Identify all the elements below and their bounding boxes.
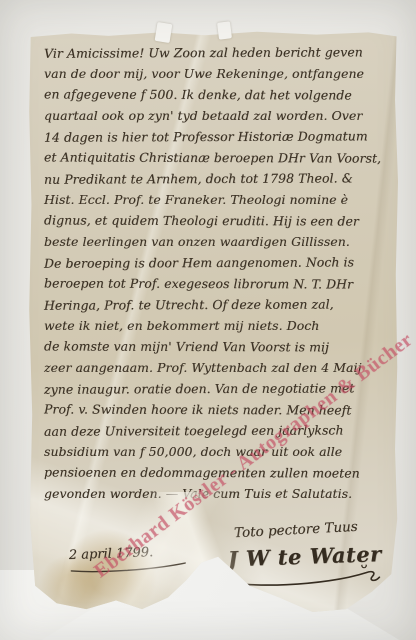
- letter-line: Heringa, Prof. te Utrecht. Of deze komen…: [44, 293, 380, 315]
- signature: J W te Water: [227, 541, 382, 571]
- letter-line: beste leerlingen van onzen waardigen Gil…: [44, 231, 380, 252]
- letter-line: beroepen tot Prof. exegeseos librorum N.…: [44, 272, 380, 294]
- letter-line: nu Predikant te Arnhem, doch tot 1798 Th…: [44, 167, 380, 189]
- letter-line: dignus, et quidem Theologi eruditi. Hij …: [44, 209, 380, 231]
- letter-line: Prof. v. Swinden hoore ik niets nader. M…: [44, 398, 380, 420]
- letter-body: Vir Amicissime! Uw Zoon zal heden berich…: [27, 30, 398, 612]
- letter-line: De beroeping is door Hem aangenomen. Noc…: [44, 251, 380, 273]
- letter-line: Vir Amicissime! Uw Zoon zal heden berich…: [44, 41, 380, 63]
- letter-paper: Vir Amicissime! Uw Zoon zal heden berich…: [27, 30, 398, 612]
- letter-line: en afgegevene f 500. Ik denke, dat het v…: [44, 83, 380, 105]
- letter-line: et Antiquitatis Christianæ beroepen DHr …: [44, 146, 380, 168]
- letter-line: zyne inaugur. oratie doen. Van de negoti…: [44, 377, 380, 399]
- letter-line: de komste van mijn' Vriend Van Voorst is…: [44, 335, 380, 357]
- letter-line: subsidium van f 50,000, doch waar uit oo…: [44, 441, 380, 462]
- letter-line: zeer aangenaam. Prof. Wyttenbach zal den…: [44, 357, 380, 378]
- letter-line: aan deze Universiteit toegelegd een jaar…: [44, 419, 380, 441]
- tape-remnant: [217, 21, 232, 39]
- tape-remnant: [155, 22, 173, 43]
- letter-line: pensioenen en dedommagementen zullen moe…: [44, 461, 380, 483]
- letter-line: 14 dagen is hier tot Professor Historiæ …: [44, 125, 380, 147]
- letter-line: Hist. Eccl. Prof. te Franeker. Theologi …: [44, 189, 380, 210]
- letter-photograph: Vir Amicissime! Uw Zoon zal heden berich…: [0, 0, 416, 640]
- date-text: 2 april 1799.: [69, 545, 154, 563]
- letter-line: wete ik niet, en bekommert mij niets. Do…: [44, 315, 380, 336]
- date-line: 2 april 1799.: [69, 544, 188, 574]
- letter-line: quartaal ook op zyn' tyd betaald zal wor…: [44, 105, 380, 126]
- letter-line: gevonden worden. — Vale cum Tuis et Salu…: [44, 483, 380, 504]
- letter-line: van de door mij, voor Uwe Rekeninge, ont…: [44, 63, 380, 84]
- closing-line: Toto pectore Tuus: [234, 519, 358, 541]
